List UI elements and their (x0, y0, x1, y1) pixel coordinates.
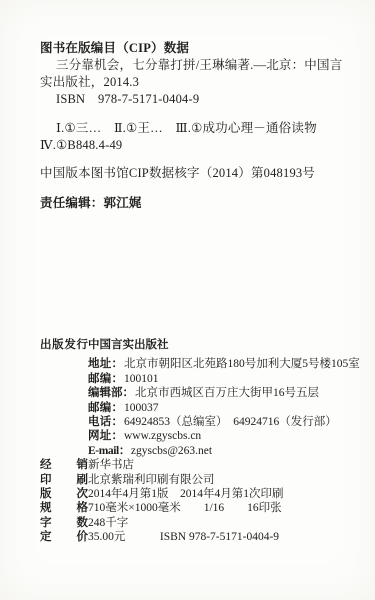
pub-row-printer: 印刷 北京紫瑞利印刷有限公司 (40, 473, 367, 487)
cip-classification-line1: Ⅰ.①三… Ⅱ.①王… Ⅲ.①成功心理－通俗读物 (40, 120, 351, 137)
postcode-value-1: 100101 (124, 372, 367, 386)
format-label: 规格 (40, 501, 88, 515)
pub-row-distributor: 经销 新华书店 (40, 458, 367, 472)
address-label: 地址： (88, 357, 123, 371)
price-value: 35.00元 ISBN 978-7-5171-0404-9 (88, 530, 367, 544)
cip-data-block: 图书在版编目（CIP）数据 三分靠机会，七分靠打拼/王琳编著.—北京：中国言 实… (40, 40, 351, 212)
pub-row-word-count: 字数 248千字 (40, 516, 367, 530)
publisher-name: 中国言实出版社 (88, 338, 367, 352)
pub-row-postcode-2: 邮编： 100037 (40, 401, 367, 415)
edition-value: 2014年4月第1版 2014年4月第1次印刷 (88, 487, 367, 501)
printer-label: 印刷 (40, 473, 88, 487)
distributor-label: 经销 (40, 458, 88, 472)
pub-row-email: E-mail： zgyscbs@263.net (40, 444, 367, 458)
postcode-label-1: 邮编： (88, 372, 123, 386)
pub-row-postcode-1: 邮编： 100101 (40, 372, 367, 386)
word-count-value: 248千字 (88, 516, 367, 530)
website-label: 网址： (88, 429, 123, 443)
editor-name: 郭江娓 (104, 196, 142, 210)
edition-label: 版次 (40, 487, 88, 501)
publication-info-block: 出版发行 中国言实出版社 地址： 北京市朝阳区北苑路180号加利大厦5号楼105… (40, 338, 367, 545)
pub-row-format: 规格 710毫米×1000毫米 1/16 16印张 (40, 501, 367, 515)
cip-title: 图书在版编目（CIP）数据 (40, 40, 351, 57)
pub-row-editorial-dept: 编辑部： 北京市西城区百万庄大街甲16号五层 (40, 386, 367, 400)
pub-row-price: 定价 35.00元 ISBN 978-7-5171-0404-9 (40, 530, 367, 544)
price-label: 定价 (40, 530, 88, 544)
phone-label: 电话： (88, 415, 123, 429)
distributor-value: 新华书店 (88, 458, 367, 472)
editor-label: 责任编辑： (40, 196, 104, 210)
cip-classification-line2: Ⅳ.①B848.4-49 (40, 137, 351, 154)
cip-isbn: ISBN 978-7-5171-0404-9 (40, 91, 351, 108)
cip-record-number: 中国版本图书馆CIP数据核字（2014）第048193号 (40, 165, 351, 182)
word-count-label: 字数 (40, 516, 88, 530)
email-value: zgyscbs@263.net (131, 444, 367, 458)
pub-row-publisher: 出版发行 中国言实出版社 (40, 338, 367, 352)
address-value: 北京市朝阳区北苑路180号加利大厦5号楼105室 (124, 357, 367, 371)
responsible-editor: 责任编辑：郭江娓 (40, 195, 351, 212)
phone-value: 64924853（总编室） 64924716（发行部） (124, 415, 367, 429)
cip-entry-line1: 三分靠机会，七分靠打拼/王琳编著.—北京：中国言 (40, 57, 351, 74)
format-value: 710毫米×1000毫米 1/16 16印张 (88, 501, 367, 515)
editorial-dept-value: 北京市西城区百万庄大街甲16号五层 (135, 386, 367, 400)
website-value: www.zgyscbs.cn (124, 429, 367, 443)
pub-row-edition: 版次 2014年4月第1版 2014年4月第1次印刷 (40, 487, 367, 501)
editorial-dept-label: 编辑部： (88, 386, 134, 400)
pub-row-website: 网址： www.zgyscbs.cn (40, 429, 367, 443)
pub-row-phone: 电话： 64924853（总编室） 64924716（发行部） (40, 415, 367, 429)
postcode-label-2: 邮编： (88, 401, 123, 415)
postcode-value-2: 100037 (124, 401, 367, 415)
printer-value: 北京紫瑞利印刷有限公司 (88, 473, 367, 487)
cip-entry-line2: 实出版社，2014.3 (40, 74, 351, 91)
copyright-page: 图书在版编目（CIP）数据 三分靠机会，七分靠打拼/王琳编著.—北京：中国言 实… (0, 0, 375, 600)
email-label: E-mail： (88, 444, 130, 458)
publisher-label: 出版发行 (40, 338, 88, 352)
pub-row-address: 地址： 北京市朝阳区北苑路180号加利大厦5号楼105室 (40, 357, 367, 371)
